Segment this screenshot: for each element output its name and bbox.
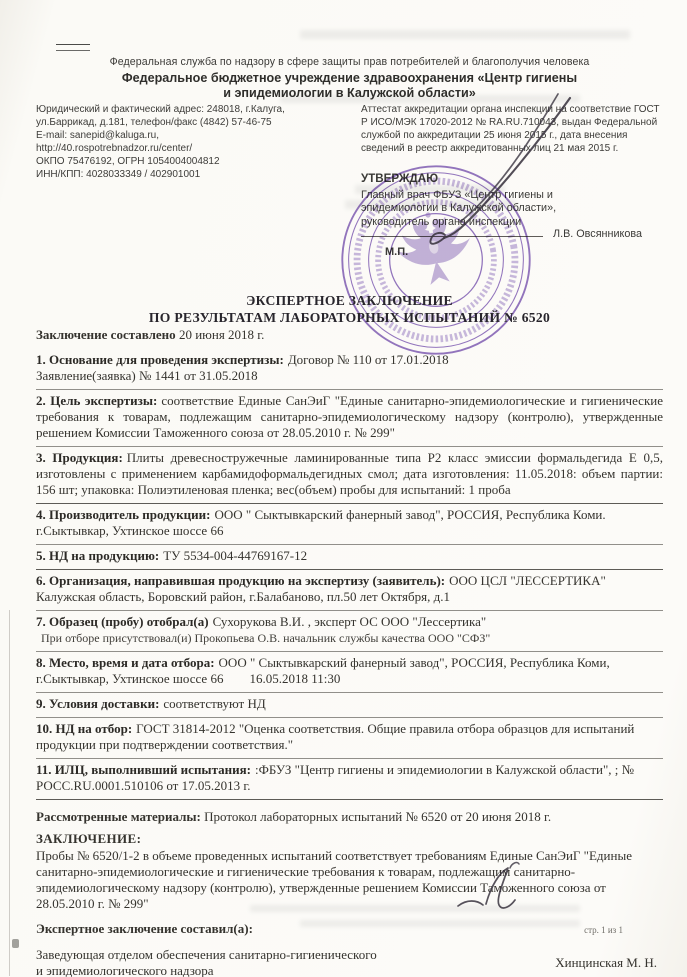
section-line2: Калужская область, Боровский район, г.Ба… (36, 589, 663, 605)
page-number: стр. 1 из 1 (584, 925, 623, 935)
section-label: 1. Основание для проведения экспертизы: (36, 352, 284, 367)
contact-line: E-mail: sanepid@kaluga.ru, (36, 130, 358, 143)
section-value: Плиты древесностружечные ламинированные … (36, 450, 663, 497)
section-value: ООО ЦСЛ "ЛЕССЕРТИКА" (445, 573, 606, 588)
contact-line: ИНН/КПП: 4028033349 / 402901001 (36, 169, 358, 182)
section-label: 5. НД на продукцию: (36, 548, 159, 563)
section-label: 2. Цель экспертизы: (36, 393, 157, 408)
compose-date-label: Заключение составлено (36, 327, 176, 342)
signer-position: Заведующая отделом обеспечения санитарно… (36, 947, 446, 977)
doc-title-line2: ПО РЕЗУЛЬТАТАМ ЛАБОРАТОРНЫХ ИСПЫТАНИЙ № … (36, 310, 663, 327)
section-line2: г.Сыктывкар, Ухтинское шоссе 66 (36, 523, 663, 539)
doc-title-line1: ЭКСПЕРТНОЕ ЗАКЛЮЧЕНИЕ (36, 293, 663, 310)
section-label: 11. ИЛЦ, выполнивший испытания: (36, 762, 251, 777)
section-note: При отборе присутствовал(и) Прокопьева О… (36, 630, 663, 646)
section-basis: 1. Основание для проведения экспертизы:Д… (36, 349, 663, 390)
section-value: ООО " Сыктывкарский фанерный завод", РОС… (215, 655, 610, 670)
scan-edge-artifact (12, 939, 19, 948)
contact-line: ОКПО 75476192, ОГРН 1054004004812 (36, 156, 358, 169)
org-name-line1: Федеральное бюджетное учреждение здравоо… (36, 71, 663, 86)
materials-value: Протокол лабораторных испытаний № 6520 о… (204, 809, 551, 824)
scanned-expert-conclusion-document: Федеральная служба по надзору в сфере за… (0, 0, 687, 977)
composed-by-line: Экспертное заключение составил(а): (36, 921, 663, 937)
document-title: ЭКСПЕРТНОЕ ЗАКЛЮЧЕНИЕ ПО РЕЗУЛЬТАТАМ ЛАБ… (36, 293, 663, 326)
scan-corner-mark (56, 44, 90, 51)
compose-date-value: 20 июня 2018 г. (179, 327, 264, 342)
contacts-block: Юридический и фактический адрес: 248018,… (36, 104, 358, 181)
section-value: ООО " Сыктывкарский фанерный завод", РОС… (210, 507, 605, 522)
contact-line: Юридический и фактический адрес: 248018,… (36, 104, 358, 117)
section-line2: Заявление(заявка) № 1441 от 31.05.2018 (36, 368, 663, 384)
section-label: 9. Условия доставки: (36, 696, 159, 711)
document-body: 1. Основание для проведения экспертизы:Д… (36, 349, 663, 977)
section-sampling-place: 8. Место, время и дата отбора:ООО " Сыкт… (36, 652, 663, 693)
section-purpose: 2. Цель экспертизы:соответствие Единые С… (36, 390, 663, 447)
conclusion-body: Пробы № 6520/1-2 в объеме проведенных ис… (36, 848, 663, 912)
section-manufacturer: 4. Производитель продукции:ООО " Сыктывк… (36, 504, 663, 545)
conclusion-heading: ЗАКЛЮЧЕНИЕ: (36, 831, 663, 847)
compose-date-line: Заключение составлено 20 июня 2018 г. (36, 327, 264, 343)
scan-edge-artifact (9, 610, 10, 976)
section-label: 8. Место, время и дата отбора: (36, 655, 215, 670)
section-value: ТУ 5534-004-44769167-12 (159, 548, 307, 563)
section-label: 6. Организация, направившая продукцию на… (36, 573, 445, 588)
section-label: 7. Образец (пробу) отобрал(а) (36, 614, 209, 629)
contact-line: ул.Баррикад, д.181, телефон/факс (4842) … (36, 117, 358, 130)
section-label: 3. Продукция: (36, 450, 123, 465)
expert-name: Хинцинская М. Н. (555, 955, 663, 971)
materials-line: Рассмотренные материалы: Протокол лабора… (36, 809, 663, 825)
agency-line: Федеральная служба по надзору в сфере за… (36, 56, 663, 68)
section-value: Договор № 110 от 17.01.2018 (284, 352, 449, 367)
section-value: соответствуют НД (159, 696, 265, 711)
section-product-standard: 5. НД на продукцию:ТУ 5534-004-44769167-… (36, 545, 663, 570)
section-applicant: 6. Организация, направившая продукцию на… (36, 570, 663, 611)
section-product: 3. Продукция:Плиты древесностружечные ла… (36, 447, 663, 504)
signer-position-line2: и эпидемиологического надзора (36, 963, 446, 977)
expert-signature (452, 858, 532, 920)
materials-label: Рассмотренные материалы: (36, 809, 201, 824)
section-testing-lab: 11. ИЛЦ, выполнивший испытания::ФБУЗ "Це… (36, 759, 663, 800)
expert-signer-row: Заведующая отделом обеспечения санитарно… (36, 947, 663, 977)
section-sampler: 7. Образец (пробу) отобрал(а)Сухорукова … (36, 611, 663, 652)
section-line2: г.Сыктывкар, Ухтинское шоссе 66 16.05.20… (36, 671, 663, 687)
section-value: Сухорукова В.И. , эксперт ОС ООО "Лессер… (209, 614, 487, 629)
signer-position-line1: Заведующая отделом обеспечения санитарно… (36, 947, 446, 963)
section-sampling-standard: 10. НД на отбор:ГОСТ 31814-2012 "Оценка … (36, 718, 663, 759)
contact-line: http://40.rospotrebnadzor.ru/center/ (36, 143, 358, 156)
approver-signature (420, 92, 590, 252)
section-label: 4. Производитель продукции: (36, 507, 210, 522)
section-label: 10. НД на отбор: (36, 721, 132, 736)
bleedthrough-artifact (300, 30, 630, 39)
section-delivery: 9. Условия доставки:соответствуют НД (36, 693, 663, 718)
